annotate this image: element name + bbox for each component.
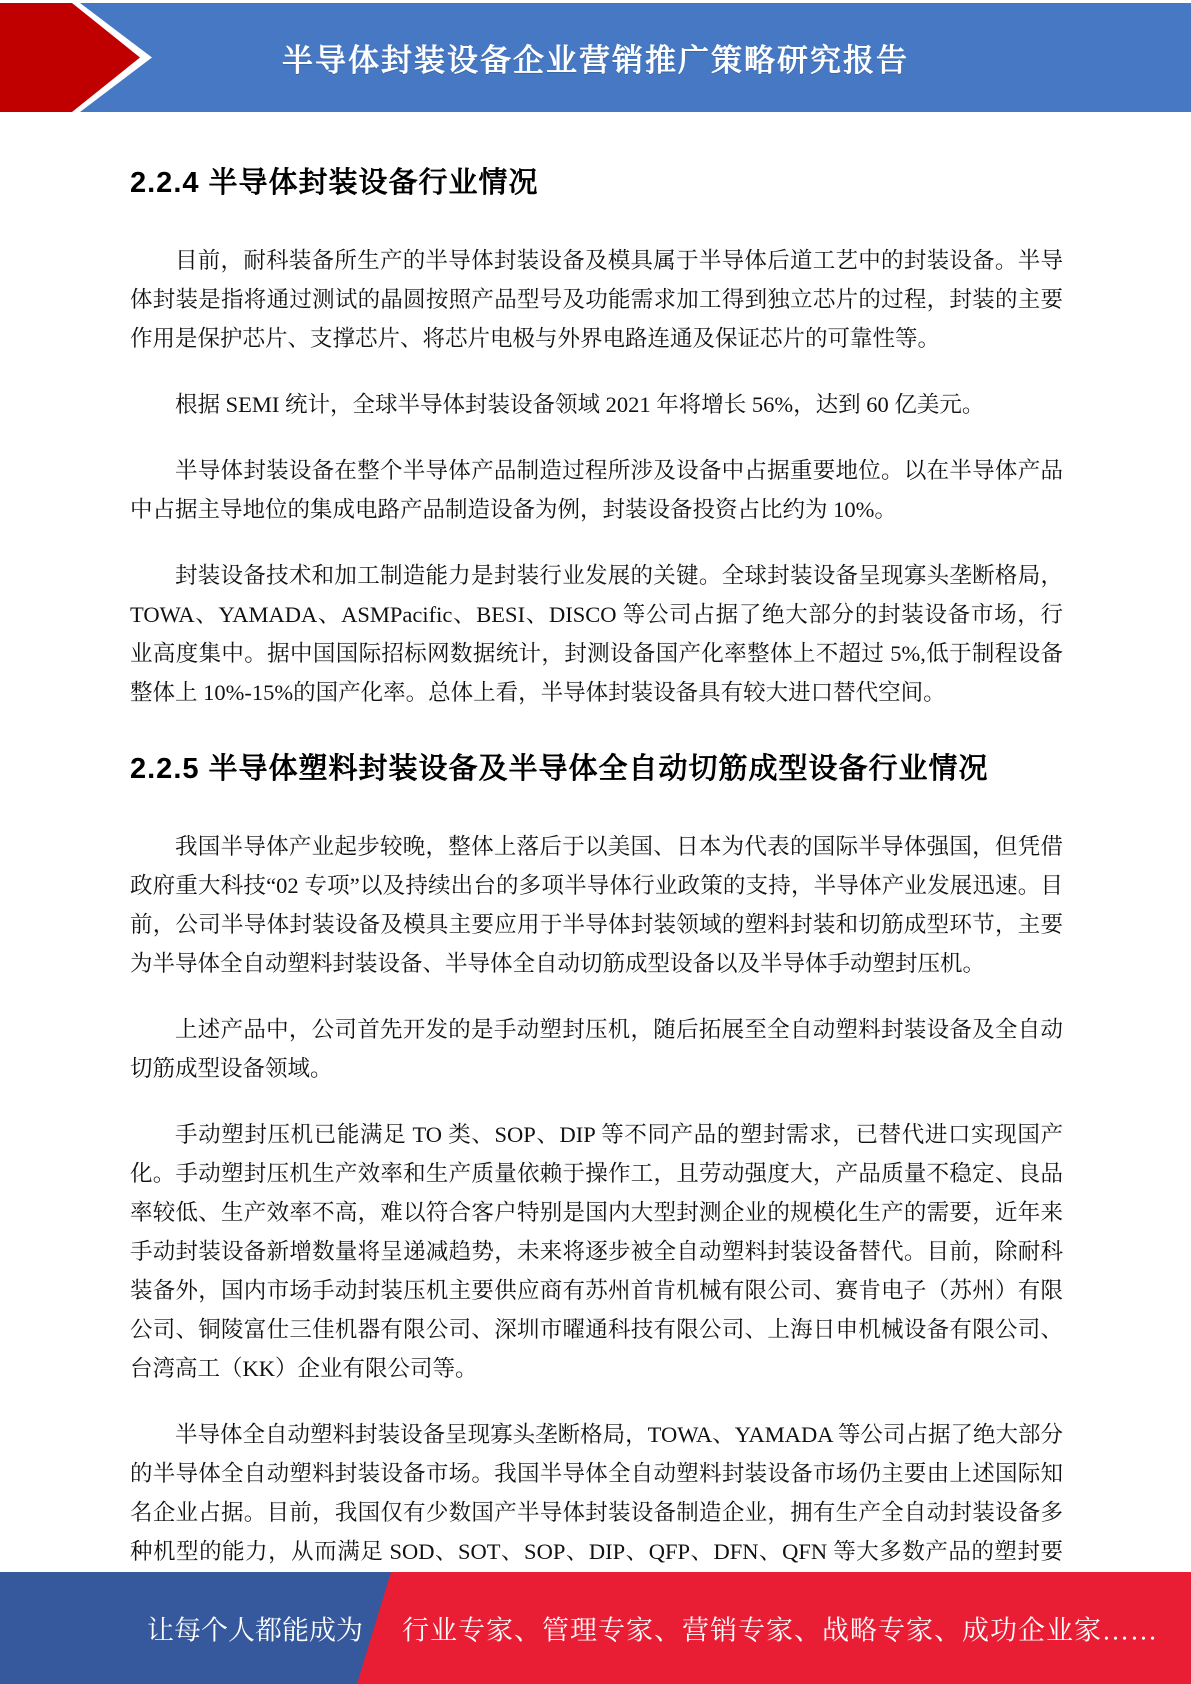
report-title: 半导体封装设备企业营销推广策略研究报告 [282,35,909,80]
paragraph: 手动塑封压机已能满足 TO 类、SOP、DIP 等不同产品的塑封需求，已替代进口… [130,1115,1063,1388]
footer-slogan-left: 让每个人都能成为 [147,1609,363,1648]
section-heading-2-2-5: 2.2.5 半导体塑料封装设备及半导体全自动切筋成型设备行业情况 [130,746,1063,787]
section-heading-2-2-4: 2.2.4 半导体封装设备行业情况 [130,160,1063,201]
footer-band: 让每个人都能成为 行业专家、管理专家、营销专家、战略专家、成功企业家…… [0,1572,1191,1684]
paragraph: 半导体封装设备在整个半导体产品制造过程所涉及设备中占据重要地位。以在半导体产品中… [130,451,1063,529]
header-band: 半导体封装设备企业营销推广策略研究报告 [0,3,1191,112]
paragraph: 目前，耐科装备所生产的半导体封装设备及模具属于半导体后道工艺中的封装设备。半导体… [130,241,1063,358]
chevron-arrow-icon [0,3,160,112]
paragraph: 我国半导体产业起步较晚，整体上落后于以美国、日本为代表的国际半导体强国，但凭借政… [130,827,1063,983]
paragraph: 根据 SEMI 统计，全球半导体封装设备领域 2021 年将增长 56%，达到 … [130,385,1063,424]
footer-slogan-right: 行业专家、管理专家、营销专家、战略专家、成功企业家…… [402,1609,1158,1648]
paragraph: 上述产品中，公司首先开发的是手动塑封压机，随后拓展至全自动塑料封装设备及全自动切… [130,1010,1063,1088]
document-page: 半导体封装设备企业营销推广策略研究报告 2.2.4 半导体封装设备行业情况 目前… [0,0,1191,1684]
paragraph: 封装设备技术和加工制造能力是封装行业发展的关键。全球封装设备呈现寡头垄断格局，T… [130,556,1063,712]
document-body: 2.2.4 半导体封装设备行业情况 目前，耐科装备所生产的半导体封装设备及模具属… [0,112,1191,1667]
